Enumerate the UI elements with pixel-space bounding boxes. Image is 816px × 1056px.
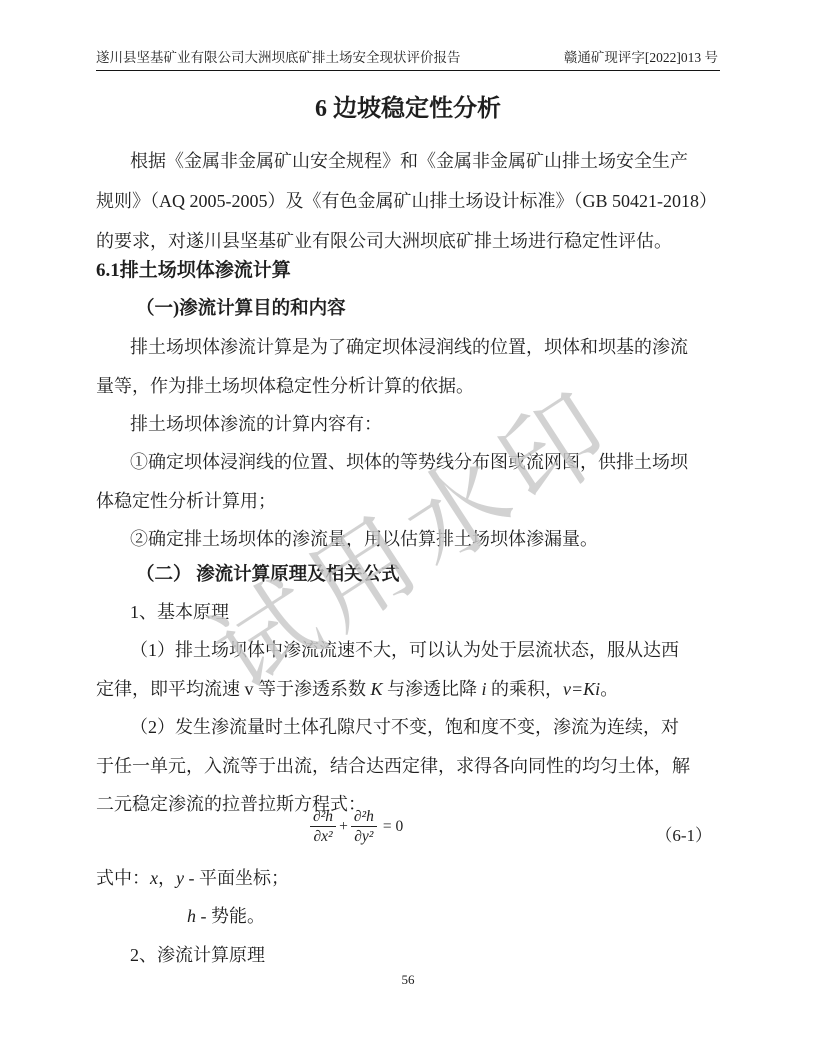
- where-clause-line: h - 势能。: [96, 903, 736, 929]
- equation-6-1: ∂²h ∂x² + ∂²h ∂y² = 0 （6-1）: [96, 806, 720, 864]
- fraction-dy: ∂²h ∂y²: [351, 808, 377, 845]
- paragraph-line: 于任一单元，入流等于出流，结合达西定律，求得各向同性的均匀土体，解: [96, 753, 736, 779]
- paragraph-line: 规则》（AQ 2005-2005）及《有色金属矿山排土场设计标准》（GB 504…: [96, 188, 736, 214]
- header-document-number: 赣通矿现评字[2022]013 号: [564, 49, 718, 67]
- paragraph-line: 根据《金属非金属矿山安全规程》和《金属非金属矿山排土场安全生产: [96, 148, 736, 174]
- page-number: 56: [96, 972, 720, 988]
- paragraph-line: （1）排土场坝体中渗流流速不大，可以认为处于层流状态，服从达西: [96, 637, 736, 663]
- fraction-dx: ∂²h ∂x²: [310, 808, 336, 845]
- paragraph-line: 量等，作为排土场坝体稳定性分析计算的依据。: [96, 373, 736, 399]
- paragraph-line: 定律，即平均流速 v 等于渗透系数 K 与渗透比降 i 的乘积，v=Ki。: [96, 676, 736, 702]
- chapter-title: 6 边坡稳定性分析: [96, 94, 720, 124]
- equation-number: （6-1）: [655, 821, 712, 846]
- paragraph-line: （2）发生渗流量时土体孔隙尺寸不变，饱和度不变，渗流为连续，对: [96, 714, 736, 740]
- equation-expression: ∂²h ∂x² + ∂²h ∂y² = 0: [310, 808, 403, 845]
- plus-operator: +: [339, 818, 348, 836]
- numbered-item-2: 2、渗流计算原理: [96, 942, 736, 968]
- header-divider: [96, 70, 720, 71]
- header-report-title: 遂川县坚基矿业有限公司大洲坝底矿排土场安全现状评价报告: [96, 49, 461, 67]
- fraction-denominator: ∂y²: [351, 826, 377, 845]
- fraction-denominator: ∂x²: [310, 826, 336, 845]
- where-clause-line: 式中：x，y - 平面坐标；: [96, 865, 736, 891]
- paragraph-line: 排土场坝体渗流计算是为了确定坝体浸润线的位置，坝体和坝基的渗流: [96, 334, 736, 360]
- subsection-heading-1: （一)渗流计算目的和内容: [96, 296, 736, 322]
- paragraph-line: 的要求，对遂川县坚基矿业有限公司大洲坝底矿排土场进行稳定性评估。: [96, 228, 736, 254]
- equation-rhs: = 0: [383, 818, 403, 836]
- section-heading-6-1: 6.1排土场坝体渗流计算: [96, 258, 736, 284]
- fraction-numerator: ∂²h: [351, 808, 377, 826]
- document-page: 遂川县坚基矿业有限公司大洲坝底矿排土场安全现状评价报告 赣通矿现评字[2022]…: [0, 0, 816, 1056]
- paragraph-line: 排土场坝体渗流的计算内容有：: [96, 411, 736, 437]
- fraction-numerator: ∂²h: [310, 808, 336, 826]
